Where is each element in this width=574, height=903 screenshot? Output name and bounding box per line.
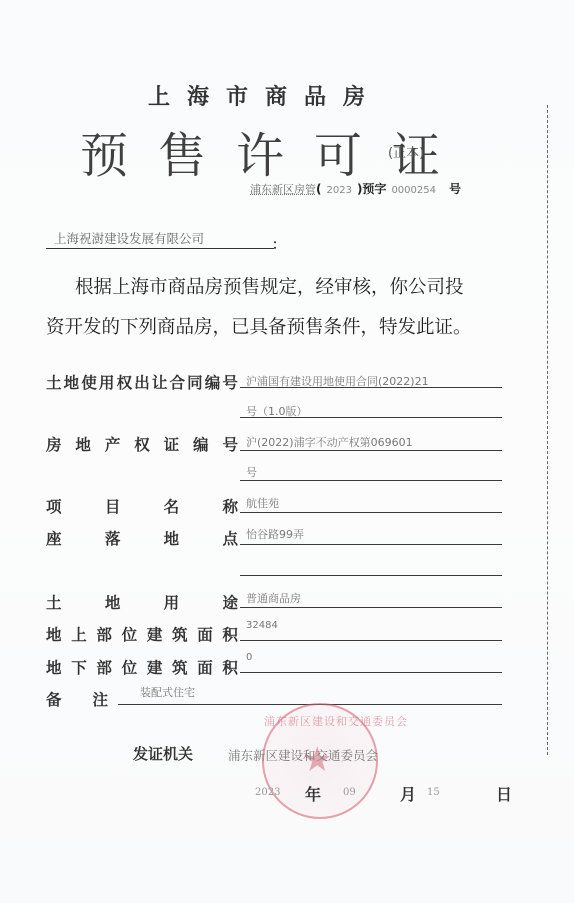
property-cert-value-line-1: 沪(2022)浦字不动产权第069601 [246,434,413,450]
property-cert-label: 房地产权证编号 [46,433,238,455]
permit-department: 浦东新区房管 [250,183,316,196]
date-year: 2023 [255,787,280,798]
land-contract-underline-2 [240,417,502,418]
recipient-company: 上海祝澍建设发展有限公司 [46,229,274,249]
certificate-subtitle: 上海市商品房 [148,80,382,111]
above-ground-area-label: 地上部位建筑面积 [46,623,238,645]
land-use-label: 土地用途 [46,591,238,613]
above-ground-area-value: 32484 [246,620,278,631]
land-contract-underline-1 [240,387,502,388]
perforation-line [547,105,548,755]
remarks-label: 备注 [46,688,108,710]
seal-text: 浦东新区建设和交通委员会 [264,713,376,729]
location-value: 怡谷路99弄 [246,526,304,542]
permit-serial: 0000254 [391,185,436,196]
property-cert-underline [240,450,502,451]
permit-open-paren: ( [316,182,321,196]
underground-area-value: 0 [246,652,252,663]
above-ground-area-underline [240,640,502,641]
land-use-underline [240,607,502,608]
location-label: 座落地点 [46,527,238,549]
date-day-unit: 日 [496,782,512,805]
date-day: 15 [427,787,440,798]
project-name-label: 项目名称 [46,495,238,517]
issuer-value: 浦东新区建设和交通委员会 [228,746,378,764]
location-underline-1 [240,544,502,545]
date-month: 09 [343,787,356,798]
copy-type-label: (正本) [388,142,424,161]
recipient-colon: ： [272,234,285,253]
property-cert-underline-2 [240,480,502,481]
location-underline-2 [240,575,502,576]
intro-line-2: 资开发的下列商品房，已具备预售条件，特发此证。 [46,313,472,339]
certificate-page: 上海市商品房 预售许可证 (正本) 浦东新区房管(2023)预字0000254号… [0,0,574,903]
remarks-value: 装配式住宅 [140,684,195,700]
project-name-value: 航佳苑 [246,495,279,511]
permit-number: 浦东新区房管(2023)预字0000254号 [250,180,461,197]
intro-line-1: 根据上海市商品房预售规定，经审核，你公司投 [75,273,464,299]
permit-year: 2023 [326,185,351,196]
permit-prefix: )预字 [357,182,387,196]
permit-suffix: 号 [449,182,461,196]
issuer-label: 发证机关 [133,743,193,764]
land-contract-label: 土地使用权出让合同编号 [46,371,238,393]
underground-area-underline [240,672,502,673]
land-use-value: 普通商品房 [246,590,301,606]
date-year-unit: 年 [305,782,321,805]
date-month-unit: 月 [400,782,416,805]
underground-area-label: 地下部位建筑面积 [46,656,238,678]
project-name-underline [240,512,502,513]
property-cert-value-line-2: 号 [246,464,257,480]
